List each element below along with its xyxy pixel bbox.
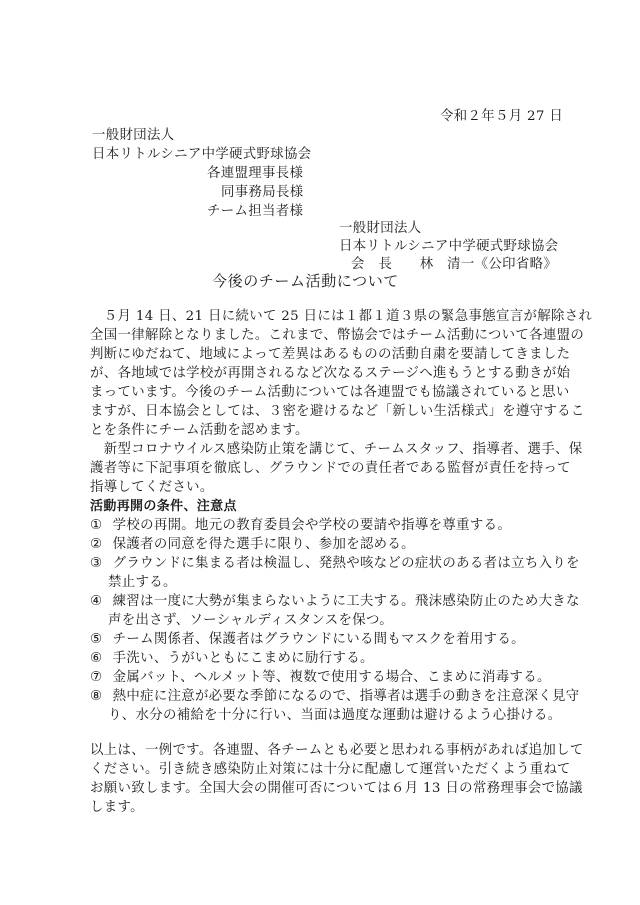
condition-number: ② [90,536,108,554]
condition-text: チーム関係者、保護者はグラウンドにいる間もマスクを着用する。 [113,632,525,647]
condition-item: ⑦ 金属バット、ヘルメット等、複数で使用する場合、こまめに消毒する。 [90,669,551,687]
letter-date: 令和２年５月 27 日 [440,108,563,126]
sender-org-name: 日本リトルシニア中学硬式野球協会 [339,238,559,256]
condition-number: ⑧ [90,688,108,706]
condition-number: ⑤ [90,631,108,649]
recipient-org-type: 一般財団法人 [92,127,174,145]
condition-continuation: り、水分の補給を十分に行い、当面は過度な運動は避けるよう心掛ける。 [108,707,561,725]
letter-subject: 今後のチーム活動について [212,272,399,290]
condition-number: ⑦ [90,669,108,687]
condition-text: 保護者の同意を得た選手に限り、参加を認める。 [113,537,415,552]
paragraph-line: 新型コロナウイルス感染防止策を講じて、チームスタッフ、指導者、選手、保 [90,441,560,459]
paragraph-line: まっています。今後のチーム活動については各連盟でも協議されていると思い [90,384,560,402]
condition-item: ③ グラウンドに集まる者は検温し、発熱や咳などの症状のある者は立ち入りを [90,555,580,573]
condition-text: 熱中症に注意が必要な季節になるので、指導者は選手の動きを注意深く見守 [113,689,580,704]
condition-item: ⑤ チーム関係者、保護者はグラウンドにいる間もマスクを着用する。 [90,631,525,649]
condition-number: ④ [90,593,108,611]
condition-item: ④ 練習は一度に大勢が集まらないように工夫する。飛沫感染防止のため大きな [90,593,580,611]
paragraph-line: とを条件にチーム活動を認めます。 [90,422,560,440]
condition-text: 学校の再開。地元の教育委員会や学校の要請や指導を尊重する。 [113,518,511,533]
addressee: 同事務局長様 [221,184,303,202]
paragraph-line: お願い致します。全国大会の開催可否については６月 13 日の常務理事会で協議 [90,780,560,798]
section-heading: 活動再開の条件、注意点 [90,498,237,516]
condition-item: ⑥ 手洗い、うがいともにこまめに励行する。 [90,650,374,668]
condition-text: 金属バット、ヘルメット等、複数で使用する場合、こまめに消毒する。 [113,670,551,685]
recipient-org-name: 日本リトルシニア中学硬式野球協会 [92,146,312,164]
addressee: 各連盟理事長様 [207,165,303,183]
condition-number: ① [90,517,108,535]
condition-item: ⑧ 熱中症に注意が必要な季節になるので、指導者は選手の動きを注意深く見守 [90,688,580,706]
condition-text: グラウンドに集まる者は検温し、発熱や咳などの症状のある者は立ち入りを [113,556,580,571]
paragraph-line: が、各地域では学校が再開されるなど次なるステージへ進もうとする動きが始 [90,365,560,383]
paragraph-line: 護者等に下記事項を徹底し、グラウンドでの責任者である監督が責任を持って [90,460,560,478]
paragraph-line: ください。引き続き感染防止対策には十分に配慮して運営いただくよう重ねて [90,761,560,779]
condition-continuation: 禁止する。 [108,574,177,592]
paragraph-line: ５月 14 日、21 日に続いて 25 日には１都１道３県の緊急事態宣言が解除さ… [90,308,560,326]
paragraph-line: 判断にゆだねて、地域によって差異はあるものの活動自粛を要請してきました [90,346,560,364]
condition-number: ⑥ [90,650,108,668]
sender-org-type: 一般財団法人 [339,220,421,238]
addressee: チーム担当者様 [207,203,303,221]
condition-continuation: 声を出さず、ソーシャルディスタンスを保つ。 [108,612,393,630]
condition-number: ③ [90,555,108,573]
paragraph-line: ますが、日本協会としては、３密を避けるなど「新しい生活様式」を遵守するこ [90,403,560,421]
condition-item: ② 保護者の同意を得た選手に限り、参加を認める。 [90,536,415,554]
paragraph-line: 指導してください。 [90,479,560,497]
condition-text: 練習は一度に大勢が集まらないように工夫する。飛沫感染防止のため大きな [113,594,580,609]
paragraph-line: 以上は、一例です。各連盟、各チームとも必要と思われる事柄があれば追加して [90,742,560,760]
paragraph-line: します。 [90,799,560,817]
paragraph-line: 全国一律解除となりました。これまで、幣協会ではチーム活動について各連盟の [90,327,560,345]
condition-text: 手洗い、うがいともにこまめに励行する。 [113,651,374,666]
condition-item: ① 学校の再開。地元の教育委員会や学校の要請や指導を尊重する。 [90,517,511,535]
